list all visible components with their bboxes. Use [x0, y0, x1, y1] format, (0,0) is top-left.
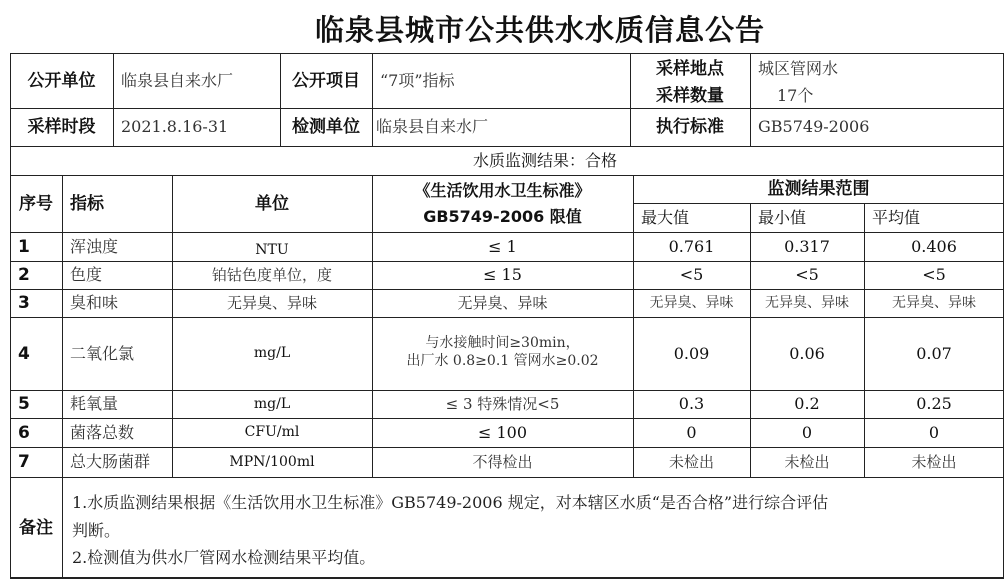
site-label: 采样地点	[630, 57, 750, 81]
standard-value: GB5749-2006	[750, 108, 1004, 146]
row-limit: 不得检出	[372, 447, 633, 477]
row-unit: 铂钴色度单位，度	[172, 261, 372, 289]
row-limit: ≤ 15	[372, 261, 633, 289]
header-limit-line1: 《生活饮用水卫生标准》	[372, 178, 633, 204]
publisher-value: 临泉县自来水厂	[113, 53, 280, 108]
row-unit: 无异臭、异味	[172, 289, 372, 317]
header-limit-line2: GB5749-2006 限值	[372, 204, 633, 230]
row-min: <5	[750, 261, 864, 289]
header-indicator: 指标	[62, 175, 172, 232]
row-max: 0.761	[633, 232, 750, 261]
lab-label: 检测单位	[280, 108, 372, 146]
period-label: 采样时段	[10, 108, 113, 146]
row-max: 0	[633, 418, 750, 447]
header-range: 监测结果范围	[633, 175, 1004, 203]
row-no: 7	[10, 447, 62, 477]
row-no: 2	[10, 261, 62, 289]
row-avg: 0.25	[864, 390, 1004, 418]
notes-line1: 1.水质监测结果根据《生活饮用水卫生标准》GB5749-2006 规定，对本辖区…	[72, 490, 1002, 516]
period-value: 2021.8.16-31	[113, 108, 280, 146]
row-max: 未检出	[633, 447, 750, 477]
row-max: 无异臭、异味	[633, 289, 750, 317]
header-max: 最大值	[633, 203, 750, 232]
standard-label: 执行标准	[630, 108, 750, 146]
notes-line1b: 判断。	[72, 518, 1002, 544]
row-max: 0.3	[633, 390, 750, 418]
row-no: 1	[10, 232, 62, 261]
row-limit: 无异臭、异味	[372, 289, 633, 317]
row-limit: ≤ 3 特殊情况<5	[372, 390, 633, 418]
row-avg: 0.07	[864, 317, 1004, 390]
row-min: 0.2	[750, 390, 864, 418]
publisher-label: 公开单位	[10, 53, 113, 108]
row-max: <5	[633, 261, 750, 289]
row-min: 0.06	[750, 317, 864, 390]
row-min: 未检出	[750, 447, 864, 477]
row-no: 6	[10, 418, 62, 447]
lab-value: 临泉县自来水厂	[376, 108, 630, 146]
row-limit: ≤ 1	[372, 232, 633, 261]
row-avg: 0	[864, 418, 1004, 447]
row-avg: <5	[864, 261, 1004, 289]
row-indicator: 耗氧量	[62, 390, 172, 418]
header-min: 最小值	[750, 203, 864, 232]
row-no: 4	[10, 317, 62, 390]
row-indicator: 臭和味	[62, 289, 172, 317]
row-limit-line2: 出厂水 0.8≥0.1 管网水≥0.02	[372, 352, 633, 370]
items-value: “7项”指标	[372, 53, 630, 108]
items-label: 公开项目	[280, 53, 372, 108]
row-unit: mg/L	[172, 317, 372, 390]
row-unit: MPN/100ml	[172, 447, 372, 477]
row-limit: ≤ 100	[372, 418, 633, 447]
row-avg: 0.406	[864, 232, 1004, 261]
site-value: 城区管网水	[750, 57, 1004, 81]
row-indicator: 色度	[62, 261, 172, 289]
row-min: 0	[750, 418, 864, 447]
row-min: 无异臭、异味	[750, 289, 864, 317]
row-avg: 未检出	[864, 447, 1004, 477]
row-no: 5	[10, 390, 62, 418]
row-max: 0.09	[633, 317, 750, 390]
row-no: 3	[10, 289, 62, 317]
count-value: 17个	[777, 84, 977, 108]
row-indicator: 总大肠菌群	[62, 447, 172, 477]
count-label: 采样数量	[630, 84, 750, 108]
row-min: 0.317	[750, 232, 864, 261]
row-indicator: 菌落总数	[62, 418, 172, 447]
header-avg: 平均值	[864, 203, 1004, 232]
row-indicator: 二氧化氯	[62, 317, 172, 390]
row-limit: 与水接触时间≥30min，	[372, 334, 633, 352]
header-unit: 单位	[172, 175, 372, 232]
page-title: 临泉县城市公共供水水质信息公告	[0, 8, 1006, 49]
header-no: 序号	[10, 175, 62, 232]
row-unit: mg/L	[172, 390, 372, 418]
row-avg: 无异臭、异味	[864, 289, 1004, 317]
row-unit: CFU/ml	[172, 418, 372, 447]
notes-label: 备注	[10, 477, 62, 578]
row-indicator: 浑浊度	[62, 232, 172, 261]
notes-line2: 2.检测值为供水厂管网水检测结果平均值。	[72, 545, 1002, 571]
result-banner: 水质监测结果：合格	[10, 146, 1006, 175]
